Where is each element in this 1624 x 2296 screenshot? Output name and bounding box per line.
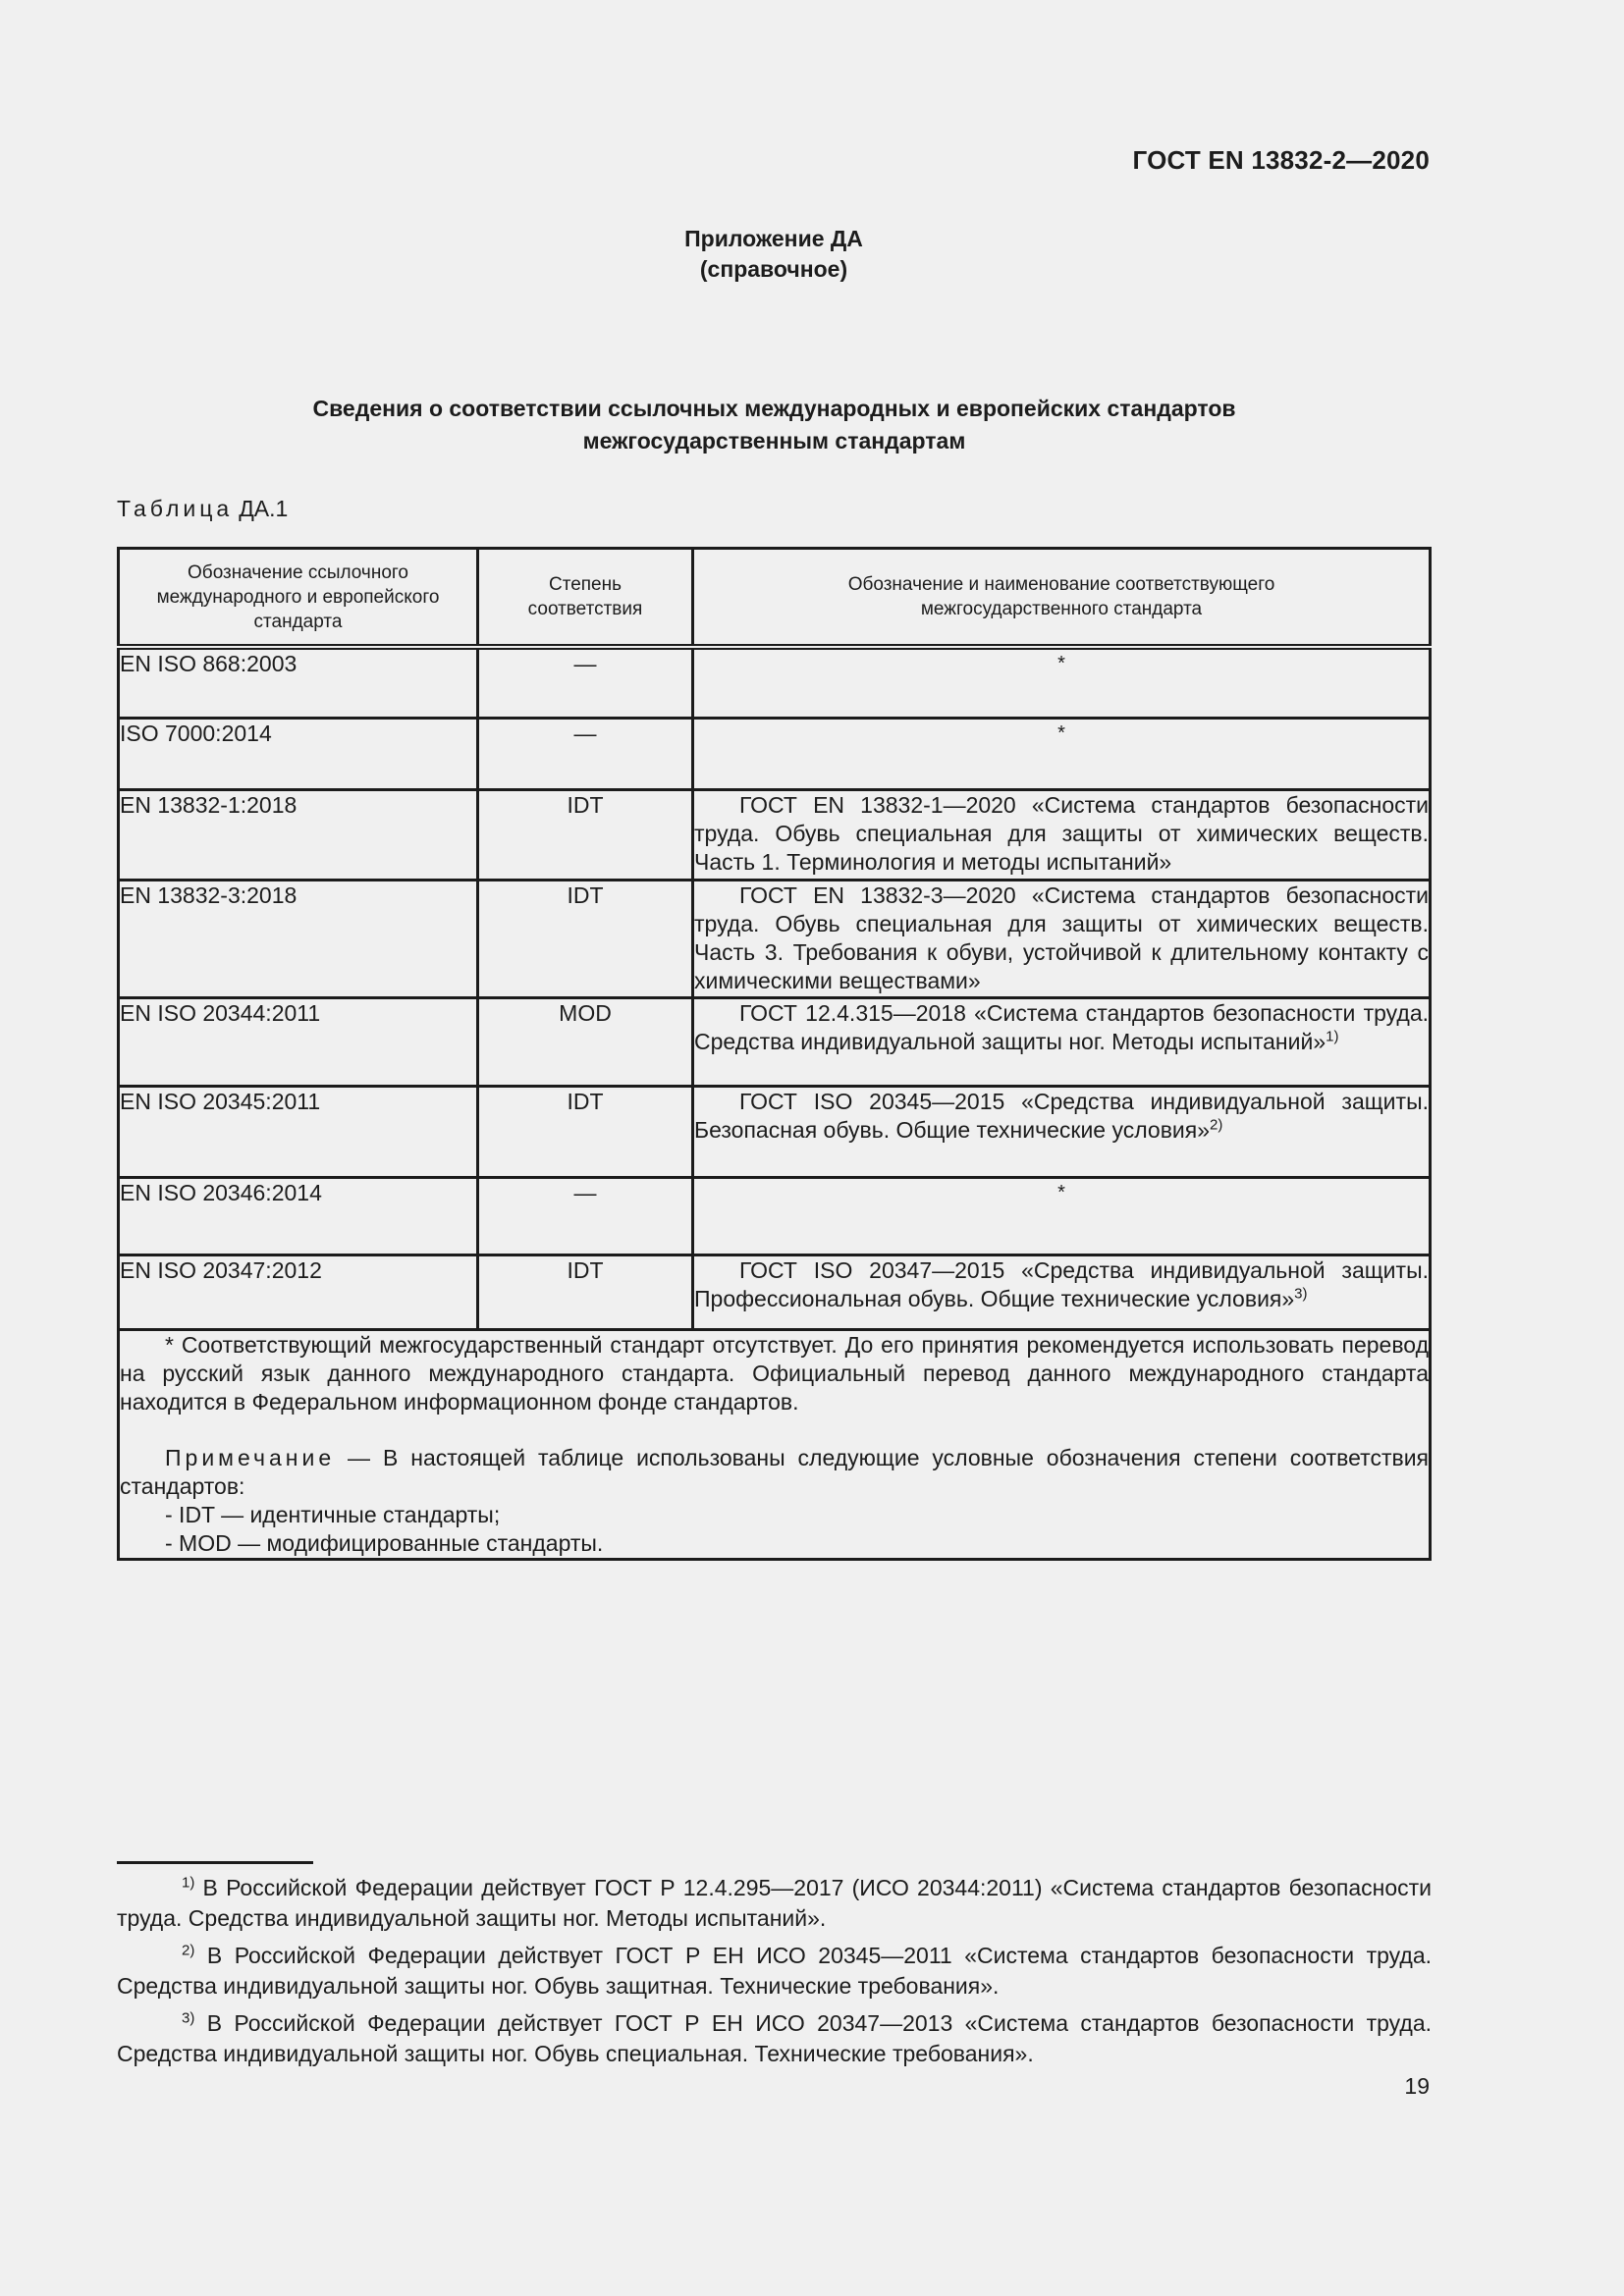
note-label: Примечание [165,1445,335,1470]
table-footer-row: * Соответствующий межгосударственный ста… [119,1329,1431,1559]
interstate-standard-cell: * [693,647,1431,718]
degree-cell: IDT [478,880,693,997]
interstate-standard-cell: ГОСТ EN 13832-1—2020 «Система стандартов… [693,789,1431,880]
footnote-ref-1[interactable]: 1) [1326,1028,1338,1044]
table-caption-number: ДА.1 [239,496,288,521]
footnotes: 1) В Российской Федерации действует ГОСТ… [117,1873,1432,2076]
asterisk-note: * Соответствующий межгосударственный ста… [120,1331,1429,1416]
table-row: EN ISO 20346:2014 — * [119,1177,1431,1255]
footnote-text: В Российской Федерации действует ГОСТ Р … [117,1943,1432,1999]
degree-cell: IDT [478,1255,693,1329]
table-row: ISO 7000:2014 — * [119,718,1431,789]
section-title-line-2: межгосударственным стандартам [117,425,1432,457]
reference-standard-cell: ISO 7000:2014 [119,718,478,789]
footnote-text: В Российской Федерации действует ГОСТ Р … [117,1875,1432,1931]
reference-standard-cell: EN ISO 20346:2014 [119,1177,478,1255]
column-header-degree: Степень соответствия [478,549,693,648]
table-row: EN ISO 868:2003 — * [119,647,1431,718]
reference-standard-cell: EN 13832-1:2018 [119,789,478,880]
reference-standard-cell: EN ISO 20345:2011 [119,1086,478,1177]
table-row: EN 13832-3:2018 IDT ГОСТ EN 13832-3—2020… [119,880,1431,997]
footnote-mark: 2) [182,1942,194,1958]
table-row: EN ISO 20344:2011 MOD ГОСТ 12.4.315—2018… [119,997,1431,1086]
degree-cell: — [478,1177,693,1255]
reference-standard-cell: EN ISO 868:2003 [119,647,478,718]
degree-cell: — [478,647,693,718]
footnote-text: В Российской Федерации действует ГОСТ Р … [117,2010,1432,2066]
interstate-standard-text: ГОСТ EN 13832-1—2020 «Система стандартов… [694,792,1429,875]
table-caption: ТаблицаДА.1 [117,496,288,522]
degree-cell: MOD [478,997,693,1086]
section-title-line-1: Сведения о соответствии ссылочных междун… [117,393,1432,425]
table-row: EN ISO 20347:2012 IDT ГОСТ ISO 20347—201… [119,1255,1431,1329]
reference-standard-cell: EN ISO 20347:2012 [119,1255,478,1329]
appendix-heading: Приложение ДА (справочное) [0,224,1547,285]
footnote-2: 2) В Российской Федерации действует ГОСТ… [117,1941,1432,2002]
interstate-standard-cell: ГОСТ ISO 20345—2015 «Средства индивидуал… [693,1086,1431,1177]
column-header-interstate-standard: Обозначение и наименование соответствующ… [693,549,1431,648]
footnote-divider [117,1861,313,1864]
document-code: ГОСТ EN 13832-2—2020 [1133,145,1430,176]
reference-standard-cell: EN 13832-3:2018 [119,880,478,997]
footnote-mark: 3) [182,2009,194,2026]
correspondence-table: Обозначение ссылочного международного и … [117,547,1432,1561]
reference-standard-cell: EN ISO 20344:2011 [119,997,478,1086]
table-footer: * Соответствующий межгосударственный ста… [119,1329,1431,1559]
interstate-standard-cell: ГОСТ 12.4.315—2018 «Система стандартов б… [693,997,1431,1086]
interstate-standard-text: ГОСТ EN 13832-3—2020 «Система стандартов… [694,882,1429,993]
note-paragraph: Примечание — В настоящей таблице использ… [120,1444,1429,1501]
footnote-1: 1) В Российской Федерации действует ГОСТ… [117,1873,1432,1934]
footnote-ref-3[interactable]: 3) [1294,1285,1307,1302]
degree-cell: IDT [478,789,693,880]
note-item-mod: - MOD — модифицированные стандарты. [120,1529,1429,1558]
appendix-subtitle: (справочное) [0,254,1547,285]
interstate-standard-text: ГОСТ ISO 20347—2015 «Средства индивидуал… [694,1257,1429,1311]
interstate-standard-cell: ГОСТ ISO 20347—2015 «Средства индивидуал… [693,1255,1431,1329]
footnote-ref-2[interactable]: 2) [1210,1116,1222,1133]
interstate-standard-cell: * [693,718,1431,789]
section-title: Сведения о соответствии ссылочных междун… [117,393,1432,457]
column-header-reference-standard: Обозначение ссылочного международного и … [119,549,478,648]
table-row: EN 13832-1:2018 IDT ГОСТ EN 13832-1—2020… [119,789,1431,880]
footnote-mark: 1) [182,1874,194,1891]
note-item-idt: - IDT — идентичные стандарты; [120,1501,1429,1529]
interstate-standard-cell: * [693,1177,1431,1255]
table-header-row: Обозначение ссылочного международного и … [119,549,1431,648]
appendix-title: Приложение ДА [0,224,1547,254]
interstate-standard-text: ГОСТ 12.4.315—2018 «Система стандартов б… [694,1000,1429,1054]
interstate-standard-cell: ГОСТ EN 13832-3—2020 «Система стандартов… [693,880,1431,997]
table-caption-label: Таблица [117,496,233,521]
footnote-3: 3) В Российской Федерации действует ГОСТ… [117,2008,1432,2069]
table-row: EN ISO 20345:2011 IDT ГОСТ ISO 20345—201… [119,1086,1431,1177]
degree-cell: IDT [478,1086,693,1177]
page-number: 19 [1404,2073,1430,2100]
interstate-standard-text: ГОСТ ISO 20345—2015 «Средства индивидуал… [694,1089,1429,1143]
degree-cell: — [478,718,693,789]
